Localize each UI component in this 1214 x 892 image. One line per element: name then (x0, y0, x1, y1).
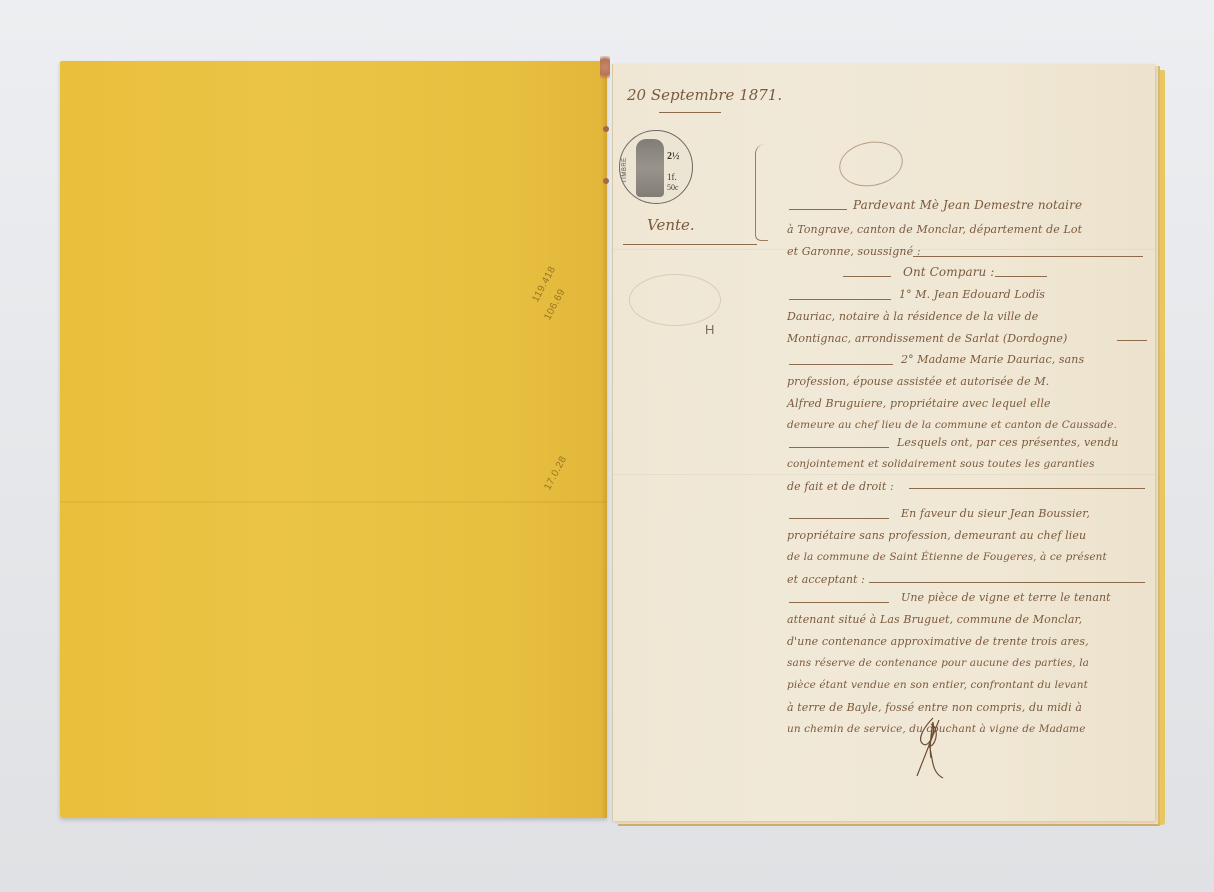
text-line: et acceptant : (787, 573, 865, 586)
document-page: 20 Septembre 1871. TIMBRE 2½ 1f. 50c Ven… (612, 64, 1155, 821)
paraph-flourish (836, 137, 907, 191)
text-line: profession, épouse assistée et autorisée… (787, 375, 1049, 388)
text-line: de la commune de Saint Étienne de Fouger… (787, 551, 1107, 563)
cover-fold-line (60, 501, 607, 503)
text-line: 2° Madame Marie Dauriac, sans (901, 353, 1084, 366)
text-line: à Tongrave, canton de Monclar, départeme… (787, 223, 1082, 236)
leader-rule (789, 299, 891, 300)
text-line: Alfred Bruguiere, propriétaire avec lequ… (787, 397, 1051, 410)
embossed-seal (629, 274, 721, 326)
text-line: propriétaire sans profession, demeurant … (787, 529, 1086, 542)
leader-rule (843, 276, 891, 277)
date-underline (659, 112, 721, 113)
document-date: 20 Septembre 1871. (627, 86, 782, 104)
stamp-side-text: TIMBRE (622, 157, 628, 183)
margin-pencil-mark: H (705, 322, 714, 337)
justice-figure-icon (636, 139, 664, 197)
stamp-value-bottom-sub: 50c (667, 183, 679, 192)
yellow-cover: 119.418 106.69 17.0.28 (60, 61, 607, 818)
leader-rule (913, 256, 1143, 257)
leader-rule (995, 276, 1047, 277)
page-fold-line (613, 474, 1155, 475)
tax-stamp: TIMBRE 2½ 1f. 50c (619, 130, 693, 204)
binding-thread (600, 56, 610, 84)
text-line: Montignac, arrondissement de Sarlat (Dor… (787, 332, 1067, 345)
leader-rule (789, 518, 889, 519)
text-line: à terre de Bayle, fossé entre non compri… (787, 701, 1082, 714)
text-line: Lesquels ont, par ces présentes, vendu (897, 436, 1118, 449)
leader-rule (909, 488, 1145, 489)
margin-title: Vente. (647, 216, 695, 234)
text-line: En faveur du sieur Jean Boussier, (901, 507, 1090, 520)
text-line: d'une contenance approximative de trente… (787, 635, 1089, 648)
text-line: 1° M. Jean Edouard Lodïs (899, 288, 1045, 301)
leader-rule (789, 209, 847, 210)
text-line: et Garonne, soussigné : (787, 245, 921, 258)
leader-rule (789, 602, 889, 603)
leader-rule (789, 364, 893, 365)
stamp-value-top: 2½ (667, 151, 680, 162)
binding-stitch-1 (603, 126, 609, 132)
text-line: Pardevant Mè Jean Demestre notaire (853, 198, 1082, 212)
stamp-value-bottom: 1f. (667, 173, 677, 182)
binding-stitch-2 (603, 178, 609, 184)
text-line: conjointement et solidairement sous tout… (787, 458, 1095, 470)
text-line: demeure au chef lieu de la commune et ca… (787, 419, 1117, 431)
margin-title-underline (623, 244, 757, 245)
margin-brace (755, 144, 768, 241)
text-line: Ont Comparu : (903, 265, 994, 279)
text-line: attenant situé à Las Bruguet, commune de… (787, 613, 1082, 626)
text-line: de fait et de droit : (787, 480, 894, 493)
text-line: Une pièce de vigne et terre le tenant (901, 591, 1111, 604)
leader-rule (789, 447, 889, 448)
text-line: sans réserve de contenance pour aucune d… (787, 657, 1089, 669)
leader-rule (869, 582, 1145, 583)
signature-initials (909, 714, 959, 784)
cover-pencil-note-3: 17.0.28 (542, 454, 569, 492)
text-line: Dauriac, notaire à la résidence de la vi… (787, 310, 1038, 323)
leader-rule (1117, 340, 1147, 341)
text-line: pièce étant vendue en son entier, confro… (787, 679, 1088, 691)
